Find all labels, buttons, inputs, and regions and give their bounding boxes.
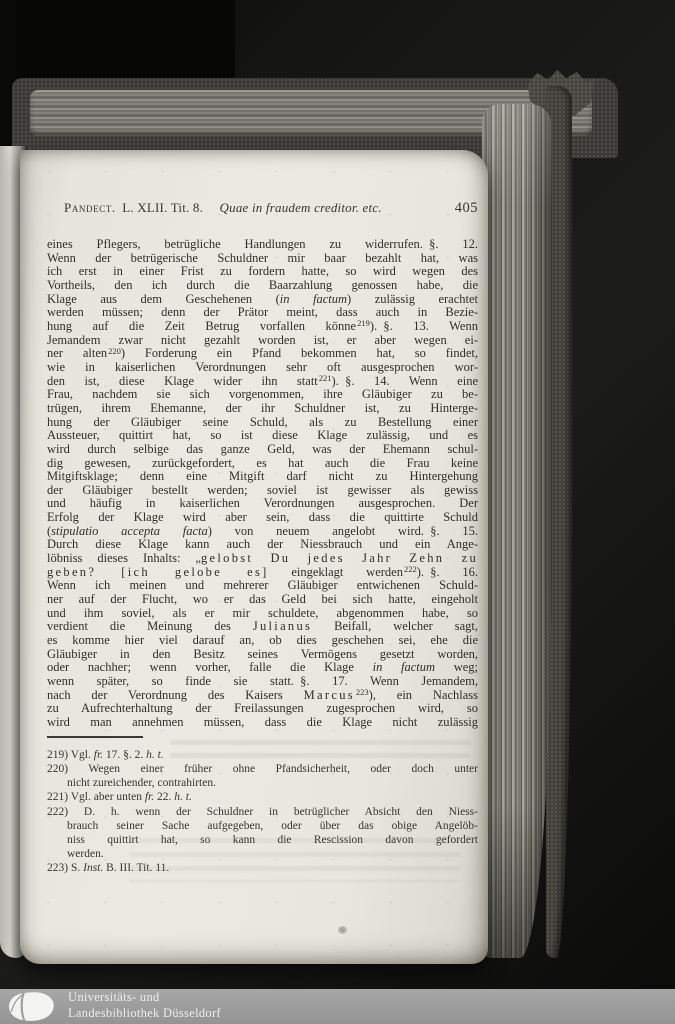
text-run: ) Forderung ein Pfand bekommen hat, so f… [121, 346, 478, 360]
text-run: Durch diese Klage kann auch der Niessbra… [47, 537, 478, 551]
text-run: Mitgiftsklage; denn eine Mitgift darf ni… [47, 469, 478, 483]
text-run: Aussteuer, quittirt hat, so ist diese Kl… [47, 428, 478, 442]
text-run: ). §. 16. [417, 565, 478, 579]
footnote-reference: 223 [356, 687, 369, 697]
body-line: wenn später, so finde sie statt. §. 17. … [47, 675, 478, 689]
text-run: löbniss dieses Inhalts: „ [47, 551, 201, 565]
body-line: wird man annehmen müssen, dass die Klage… [47, 716, 478, 730]
text-run: 17. §. 2. [103, 749, 146, 761]
text-run: in factum [373, 660, 435, 674]
body-line: und ihm soviel, als er mir schuldete, ab… [47, 607, 478, 621]
body-line: ich erst in einer Frist zu fordern hatte… [47, 265, 478, 279]
text-run: nicht zureichender, contrahirten. [67, 777, 216, 789]
body-line: eines Pflegers, betrügliche Handlungen z… [47, 238, 478, 252]
text-run: Marcus [304, 688, 355, 702]
text-run: fr. [94, 749, 103, 761]
text-run: eines Pflegers, betrügliche Handlungen z… [47, 237, 478, 251]
body-line: Vortheils, den ich durch die Baarzahlung… [47, 279, 478, 293]
body-line: Erfolg der Klage wird aber sein, dass di… [47, 511, 478, 525]
footnote-line: nicht zureichender, contrahirten. [47, 776, 478, 790]
library-banner-text: Universitäts- und Landesbibliothek Düsse… [68, 990, 221, 1021]
body-line: es komme hier viel darauf an, ob dies ge… [47, 634, 478, 648]
footnote-reference: 221 [319, 373, 332, 383]
body-line: Mitgiftsklage; denn eine Mitgift darf ni… [47, 470, 478, 484]
body-line: Wenn ich meinen und mehrerer Gläubiger e… [47, 579, 478, 593]
text-run: ) von neuem angelobt wird. §. 15. [208, 524, 478, 538]
body-line: dig gewesen, zurückgefordert, es hat auc… [47, 457, 478, 471]
footnote-reference: 222 [404, 564, 417, 574]
book-page: Pandect. L. XLII. Tit. 8. Quae in fraude… [20, 150, 488, 964]
body-line: ner auf der Flucht, wo er das Geld bei s… [47, 593, 478, 607]
body-line: Frau, nachdem sie sich vorgenommen, ihre… [47, 388, 478, 402]
text-run: h. t. [174, 791, 192, 803]
text-run: und häufig in kaiserlichen Verordnungen … [47, 496, 478, 510]
text-run: in factum [280, 292, 347, 306]
text-run: ner auf der Flucht, wo er das Geld bei s… [47, 592, 478, 606]
text-run: wird durch selbige das ganze Geld, was d… [47, 442, 478, 456]
text-run: ner alten [47, 346, 107, 360]
text-run: oder nachher; wenn vorher, falle die Kla… [47, 660, 373, 674]
body-line: (stipulatio accepta facta) von neuem ang… [47, 525, 478, 539]
body-line: trügen, ihrem Ehemanne, der ihr Schuldne… [47, 402, 478, 416]
text-run: trügen, ihrem Ehemanne, der ihr Schuldne… [47, 401, 478, 415]
text-run: der Gläubiger bestellt werden; soviel is… [47, 483, 478, 497]
body-line: Durch diese Klage kann auch der Niessbra… [47, 538, 478, 552]
banner-line1: Universitäts- und [68, 990, 221, 1006]
body-line: geben? [ich gelobe es] eingeklagt werden… [47, 566, 478, 580]
text-run: h. t. [146, 749, 164, 761]
text-run: Wenn der betrügerische Schuldner mir baa… [47, 251, 478, 265]
footnote-line: 220) Wegen einer früher ohne Pfandsicher… [47, 762, 478, 776]
text-run: wird man annehmen müssen, dass die Klage… [47, 715, 478, 729]
body-line: wird durch selbige das ganze Geld, was d… [47, 443, 478, 457]
text-run: ich erst in einer Frist zu fordern hatte… [47, 264, 478, 278]
library-banner: Universitäts- und Landesbibliothek Düsse… [0, 989, 675, 1024]
text-run: fr. [145, 791, 154, 803]
footnote-separator [47, 736, 143, 738]
ulb-open-book-logo [7, 991, 57, 1022]
text-run: 220) Wegen einer früher ohne Pfandsicher… [47, 763, 478, 775]
text-run: ). §. 13. Wenn [370, 319, 478, 333]
text-run: den ist, diese Klage wider ihn statt [47, 374, 318, 388]
text-run: 223) S. [47, 862, 83, 874]
body-text: eines Pflegers, betrügliche Handlungen z… [47, 238, 478, 730]
body-line: hung auf die Zeit Betrug vorfallen könne… [47, 320, 478, 334]
text-run: Frau, nachdem sie sich vorgenommen, ihre… [47, 387, 478, 401]
text-run: nach der Verordnung des Kaisers [47, 688, 304, 702]
footnote-line: 221) Vgl. aber unten fr. 22. h. t. [47, 790, 478, 804]
body-line: ner alten220) Forderung ein Pfand bekomm… [47, 347, 478, 361]
text-run: dig gewesen, zurückgefordert, es hat auc… [47, 456, 478, 470]
text-run: Wenn ich meinen und mehrerer Gläubiger e… [47, 578, 478, 592]
text-run: hung auf die Zeit Betrug vorfallen könne [47, 319, 356, 333]
text-run: stipulatio accepta facta [51, 524, 208, 538]
text-run: 221) Vgl. aber unten [47, 791, 145, 803]
photo-background: Pandect. L. XLII. Tit. 8. Quae in fraude… [0, 0, 675, 1024]
text-run: und ihm soviel, als er mir schuldete, ab… [47, 606, 478, 620]
footnote-line: brauch seiner Sache aufgegeben, oder übe… [47, 819, 478, 833]
header-citation: L. XLII. Tit. 8. [122, 200, 203, 215]
text-run: werden müssen; denn der Prätor meint, da… [47, 305, 478, 319]
footnote-reference: 220 [108, 346, 121, 356]
text-run: hung der Gläubiger seine Schuld, als zu … [47, 415, 478, 429]
text-run: werden. [67, 848, 104, 860]
body-line: und häufig in kaiserlichen Verordnungen … [47, 497, 478, 511]
text-run: brauch seiner Sache aufgegeben, oder übe… [67, 820, 478, 832]
text-run: Beifall, welcher sagt, [312, 619, 478, 633]
text-run: es komme hier viel darauf an, ob dies ge… [47, 633, 478, 647]
page-number: 405 [455, 200, 478, 217]
text-run: Inst. [83, 862, 103, 874]
text-run: B. III. Tit. 11. [103, 862, 169, 874]
text-run: Gläubiger in den Besitz seines Vermögens… [47, 647, 478, 661]
body-line: wie in kaiserlichen Verordnungen sehr of… [47, 361, 478, 375]
body-line: hung der Gläubiger seine Schuld, als zu … [47, 416, 478, 430]
text-run: 22. [154, 791, 174, 803]
body-line: Wenn der betrügerische Schuldner mir baa… [47, 252, 478, 266]
header-series: Pandect. [64, 200, 116, 215]
text-run: niss quittirt hat, so kann die Rescissio… [67, 834, 478, 846]
text-run: Erfolg der Klage wird aber sein, dass di… [47, 510, 478, 524]
page-header: Pandect. L. XLII. Tit. 8. Quae in fraude… [47, 200, 478, 217]
text-run: 219) Vgl. [47, 749, 94, 761]
body-line: zu Aufrechterhaltung der Freilassungen z… [47, 702, 478, 716]
body-line: den ist, diese Klage wider ihn statt221)… [47, 375, 478, 389]
page-blemish [338, 926, 347, 934]
text-run: ), ein Nachlass [369, 688, 478, 702]
text-run: ). §. 14. Wenn eine [332, 374, 478, 388]
footnote-line: 223) S. Inst. B. III. Tit. 11. [47, 861, 478, 875]
text-run: Klage aus dem Geschehenen ( [47, 292, 280, 306]
banner-line2: Landesbibliothek Düsseldorf [68, 1006, 221, 1022]
footnote-reference: 219 [357, 318, 370, 328]
background-shadow-corner [0, 0, 235, 82]
text-run: wenn später, so finde sie statt. §. 17. … [47, 674, 478, 688]
body-line: der Gläubiger bestellt werden; soviel is… [47, 484, 478, 498]
text-run: ) zulässig erachtet [347, 292, 478, 306]
text-run: Julianus [253, 619, 312, 633]
running-title: Pandect. L. XLII. Tit. 8. Quae in fraude… [47, 200, 382, 216]
text-run: gelobst Du jedes Jahr Zehn zu [201, 551, 478, 565]
body-line: oder nachher; wenn vorher, falle die Kla… [47, 661, 478, 675]
footnote-line: 219) Vgl. fr. 17. §. 2. h. t. [47, 748, 478, 762]
header-latin-title: Quae in fraudem creditor. etc. [220, 200, 382, 215]
footnotes: 219) Vgl. fr. 17. §. 2. h. t.220) Wegen … [47, 748, 478, 875]
text-run: geben? [ich gelobe es] [47, 565, 269, 579]
text-run: weg; [435, 660, 478, 674]
text-run: verdient die Meinung des [47, 619, 253, 633]
body-line: nach der Verordnung des Kaisers Marcus22… [47, 689, 478, 703]
text-run: Jemandem zwar nicht gezahlt worden ist, … [47, 333, 478, 347]
footnote-line: niss quittirt hat, so kann die Rescissio… [47, 833, 478, 847]
footnote-line: 222) D. h. wenn der Schuldner in betrügl… [47, 805, 478, 819]
text-run: zu Aufrechterhaltung der Freilassungen z… [47, 701, 478, 715]
text-run: Vortheils, den ich durch die Baarzahlung… [47, 278, 478, 292]
body-line: Gläubiger in den Besitz seines Vermögens… [47, 648, 478, 662]
page-edges-fore [482, 104, 552, 958]
body-line: Aussteuer, quittirt hat, so ist diese Kl… [47, 429, 478, 443]
body-line: verdient die Meinung des Julianus Beifal… [47, 620, 478, 634]
body-line: werden müssen; denn der Prätor meint, da… [47, 306, 478, 320]
body-line: Klage aus dem Geschehenen (in factum) zu… [47, 293, 478, 307]
text-run: eingeklagt werden [269, 565, 403, 579]
text-run: 222) D. h. wenn der Schuldner in betrügl… [47, 806, 478, 818]
text-run: wie in kaiserlichen Verordnungen sehr of… [47, 360, 478, 374]
footnote-line: werden. [47, 847, 478, 861]
